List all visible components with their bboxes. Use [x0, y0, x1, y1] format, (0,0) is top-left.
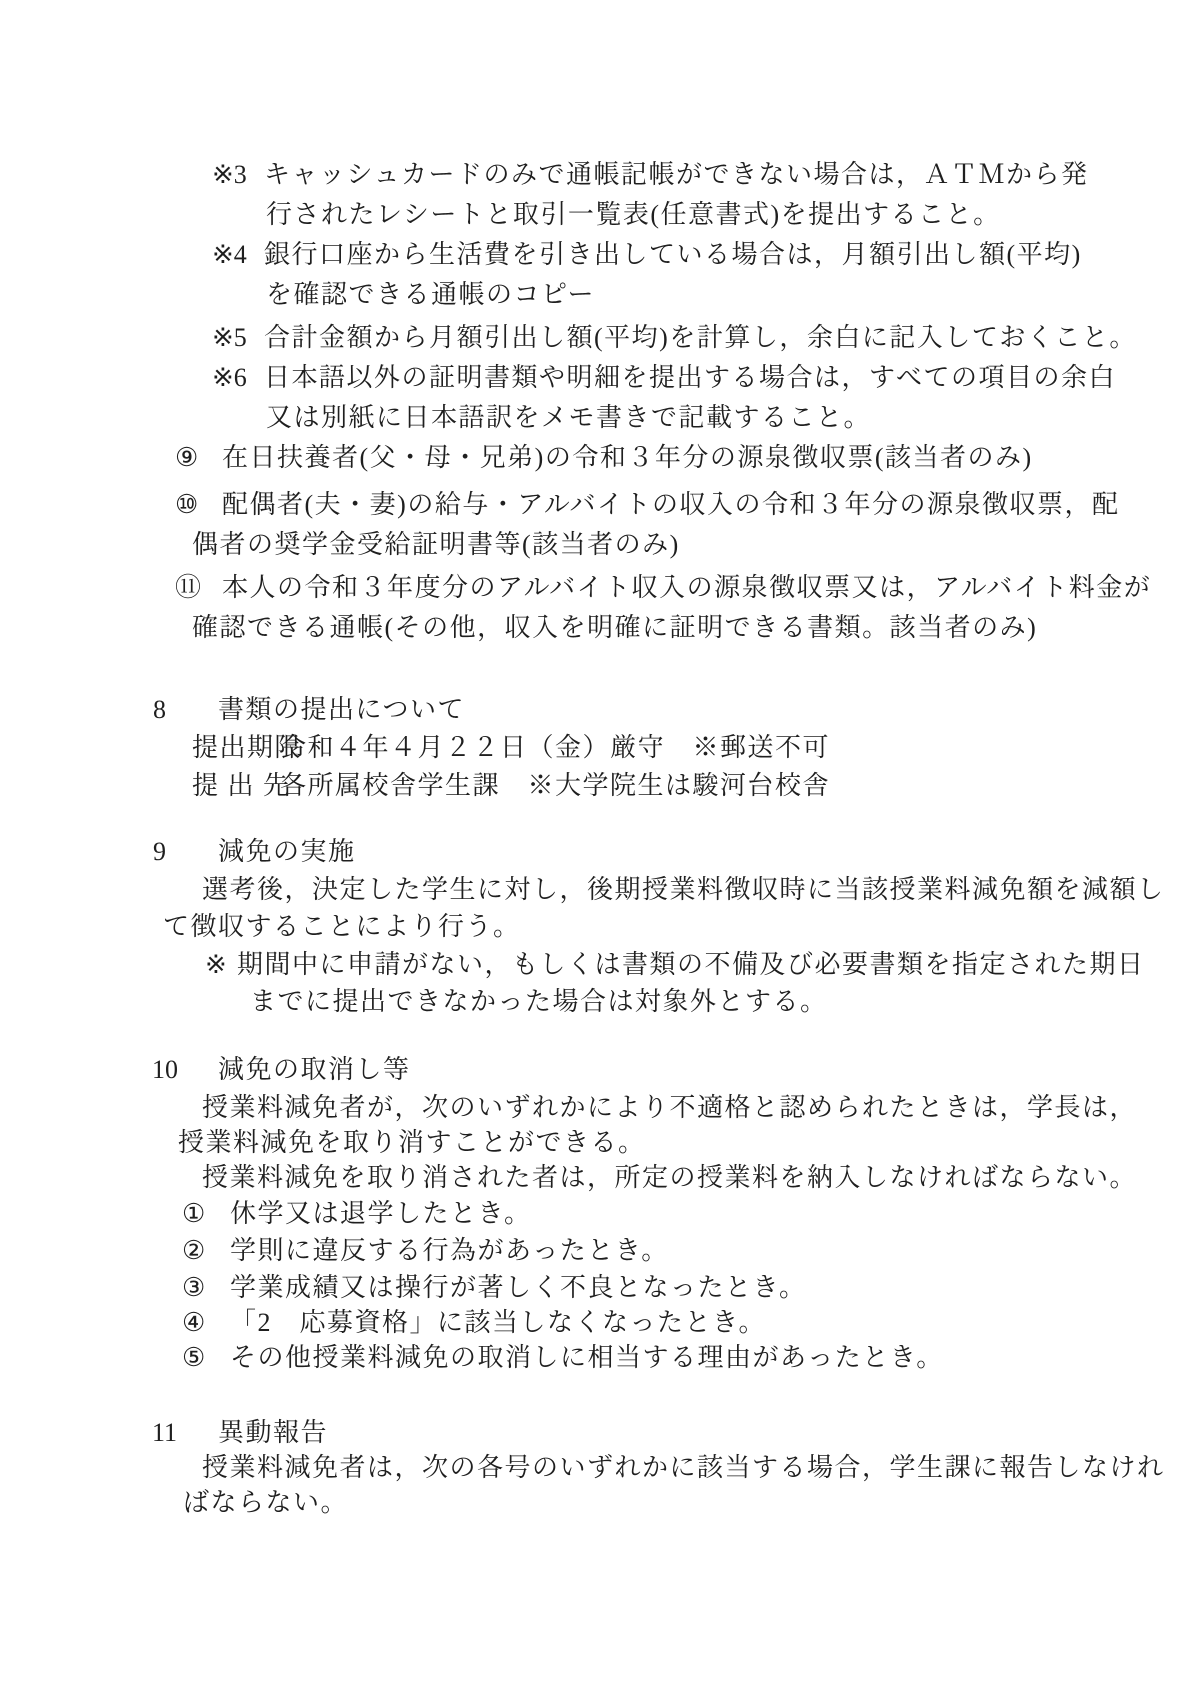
section-10-para1-line-2: 授業料減免を取り消すことができる。 — [178, 1123, 646, 1163]
revocation-item-4-marker: ④ — [182, 1303, 205, 1343]
section-8-title: 書類の提出について — [218, 690, 465, 730]
section-9-number: 9 — [153, 832, 166, 872]
section-9-note-line-1: 期間中に申請がない，もしくは書類の不備及び必要書類を指定された期日 — [237, 945, 1145, 985]
section-10-para1-line-1: 授業料減免者が，次のいずれかにより不適格と認められたときは，学長は， — [202, 1088, 1137, 1128]
revocation-item-2-marker: ② — [182, 1231, 205, 1271]
revocation-item-1-text: 休学又は退学したとき。 — [230, 1194, 531, 1234]
section-8-deadline-value: 令和４年４月２２日（金）厳守 ※郵送不可 — [280, 728, 830, 768]
note-4-line-1: 銀行口座から生活費を引き出している場合は，月額引出し額(平均) — [264, 235, 1082, 275]
note-3-line-2: 行されたレシートと取引一覧表(任意書式)を提出すること。 — [266, 195, 1001, 235]
note-3-marker: ※3 — [212, 155, 247, 195]
section-9-note-line-2: までに提出できなかった場合は対象外とする。 — [250, 982, 828, 1022]
revocation-item-3-marker: ③ — [182, 1268, 205, 1308]
item-9-line-1: 在日扶養者(父・母・兄弟)の令和３年分の源泉徴収票(該当者のみ) — [222, 438, 1033, 478]
section-9-note-marker: ※ — [205, 945, 227, 985]
section-10-para2: 授業料減免を取り消された者は，所定の授業料を納入しなければならない。 — [202, 1158, 1137, 1198]
note-5-marker: ※5 — [212, 318, 247, 358]
item-11-marker: ⑪ — [175, 568, 201, 608]
section-11-number: 11 — [152, 1413, 177, 1453]
revocation-item-5-marker: ⑤ — [182, 1338, 205, 1378]
section-9-para-line-1: 選考後，決定した学生に対し，後期授業料徴収時に当該授業料減免額を減額し — [202, 870, 1165, 910]
note-6-line-1: 日本語以外の証明書類や明細を提出する場合は，すべての項目の余白 — [264, 358, 1116, 398]
section-8-destination-label: 提 出 先 — [192, 766, 291, 806]
item-10-line-1: 配偶者(夫・妻)の給与・アルバイトの収入の令和３年分の源泉徴収票，配 — [222, 485, 1119, 525]
note-4-marker: ※4 — [212, 235, 247, 275]
item-10-line-2: 偶者の奨学金受給証明書等(該当者のみ) — [192, 525, 680, 565]
document-page: ※3 キャッシュカードのみで通帳記帳ができない場合は，ＡＴＭから発 行されたレシ… — [0, 0, 1190, 1684]
note-3-line-1: キャッシュカードのみで通帳記帳ができない場合は，ＡＴＭから発 — [264, 155, 1088, 195]
section-8-destination-value: 各所属校舎学生課 ※大学院生は駿河台校舎 — [280, 766, 830, 806]
section-10-number: 10 — [152, 1050, 178, 1090]
item-10-marker: ⑩ — [175, 485, 198, 525]
note-5-line-1: 合計金額から月額引出し額(平均)を計算し，余白に記入しておくこと。 — [264, 318, 1137, 358]
item-9-marker: ⑨ — [175, 438, 198, 478]
note-4-line-2: を確認できる通帳のコピー — [266, 275, 595, 315]
revocation-item-4-text: 「2 応募資格」に該当しなくなったとき。 — [230, 1303, 766, 1343]
note-6-line-2: 又は別紙に日本語訳をメモ書きで記載すること。 — [266, 398, 871, 438]
item-11-line-2: 確認できる通帳(その他，収入を明確に証明できる書類。該当者のみ) — [192, 608, 1037, 648]
section-9-para-line-2: て徴収することにより行う。 — [163, 907, 521, 947]
item-11-line-1: 本人の令和３年度分のアルバイト収入の源泉徴収票又は，アルバイト料金が — [222, 568, 1151, 608]
section-10-title: 減免の取消し等 — [218, 1050, 411, 1090]
section-9-title: 減免の実施 — [218, 832, 356, 872]
section-11-para-line-2: ばならない。 — [183, 1483, 348, 1523]
revocation-item-2-text: 学則に違反する行為があったとき。 — [230, 1231, 669, 1271]
revocation-item-1-marker: ① — [182, 1194, 205, 1234]
section-11-para-line-1: 授業料減免者は，次の各号のいずれかに該当する場合，学生課に報告しなけれ — [202, 1448, 1165, 1488]
section-11-title: 異動報告 — [218, 1413, 328, 1453]
note-6-marker: ※6 — [212, 358, 247, 398]
section-8-number: 8 — [153, 690, 166, 730]
revocation-item-3-text: 学業成績又は操行が著しく不良となったとき。 — [230, 1268, 806, 1308]
revocation-item-5-text: その他授業料減免の取消しに相当する理由があったとき。 — [230, 1338, 944, 1378]
